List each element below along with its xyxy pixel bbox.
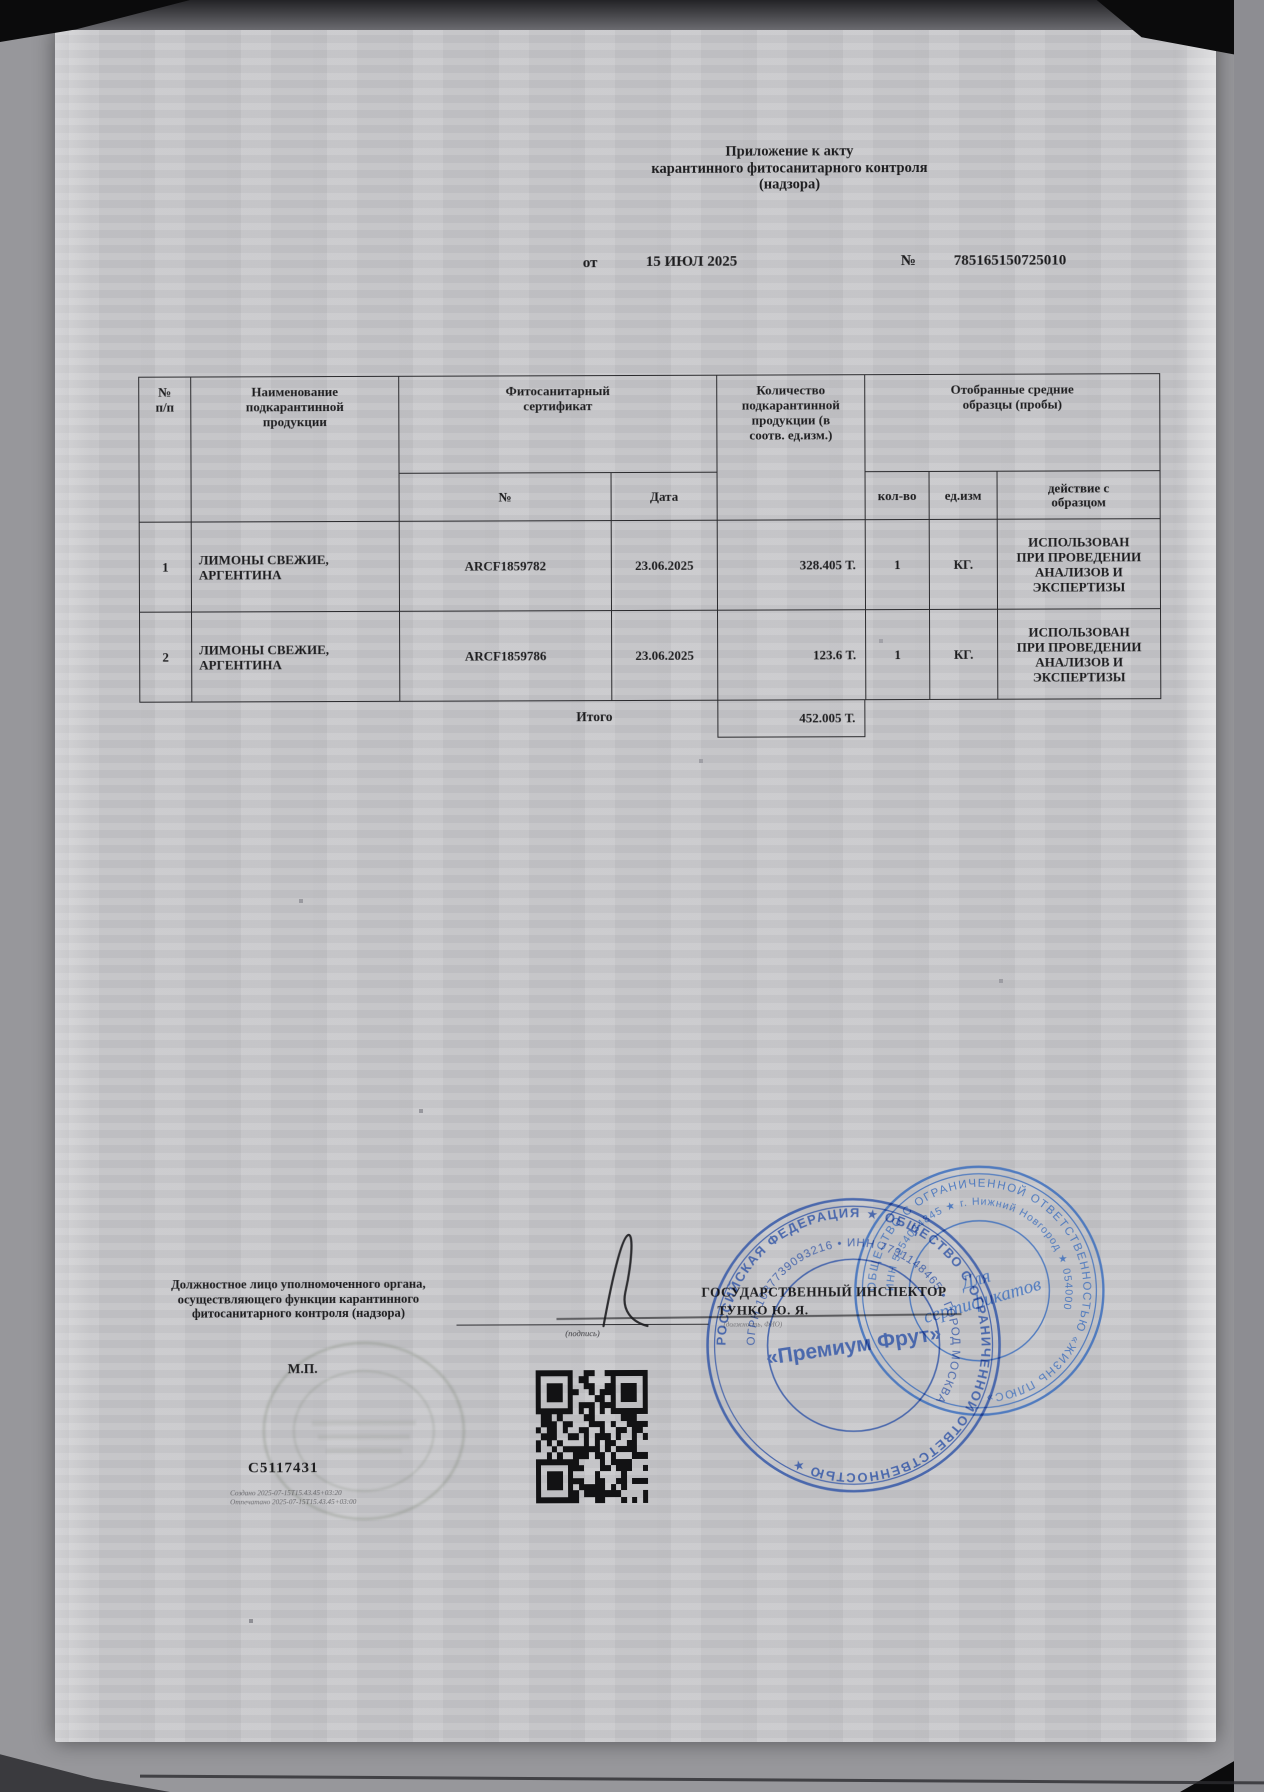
company-stamp-inner-text: ОГРН 1037739093216 • ИНН 7731148465 • ГО… [745, 1237, 962, 1407]
product-name: ЛИМОНЫ СВЕЖИЕ, АРГЕНТИНА [191, 521, 399, 612]
number-label: № [901, 253, 916, 270]
col-header-name: Наименование подкарантинной продукции [191, 376, 400, 522]
product-name: ЛИМОНЫ СВЕЖИЕ, АРГЕНТИНА [192, 611, 400, 702]
signature-line [456, 1300, 708, 1326]
round-stamp-faint [252, 1333, 477, 1530]
sample-qty: 1 [865, 519, 929, 609]
sample-unit: КГ. [930, 609, 998, 699]
qr-module [643, 1497, 648, 1503]
document-date: 15 ИЮЛ 2025 [646, 254, 738, 271]
cert-date: 23.06.2025 [612, 610, 718, 700]
signature-caption: (подпись) [457, 1328, 709, 1339]
sample-qty: 1 [866, 609, 930, 699]
col-header-num: № п/п [139, 377, 192, 522]
title-line-2: карантинного фитосанитарного контроля [597, 159, 981, 177]
total-label: Итого [539, 709, 649, 725]
cert-number: ARCF1859786 [400, 611, 612, 702]
svg-text:ОГРН 1037739093216 • ИНН 77311: ОГРН 1037739093216 • ИНН 7731148465 • ГО… [745, 1237, 962, 1407]
qr-code [536, 1370, 648, 1503]
cert-number: ARCF1859782 [399, 521, 611, 612]
document-content: Приложение к акту карантинного фитосанит… [0, 0, 1264, 1792]
sample-unit: КГ. [929, 519, 997, 609]
official-caption: Должностное лицо уполномоченного органа,… [139, 1277, 457, 1322]
product-qty: 328.405 Т. [717, 520, 865, 611]
date-from-label: от [583, 255, 598, 272]
col-header-cert-date: Дата [611, 472, 717, 520]
col-header-cert: Фитосанитарный сертификат [399, 375, 717, 473]
table-row: 2 ЛИМОНЫ СВЕЖИЕ, АРГЕНТИНА ARCF1859786 2… [140, 609, 1161, 703]
company-stamp: РОССИЙСКАЯ ФЕДЕРАЦИЯ ★ ОБЩЕСТВО С ОГРАНИ… [703, 1195, 1004, 1496]
title-line-1: Приложение к акту [597, 143, 981, 161]
title-line-3: (надзора) [597, 176, 981, 194]
col-header-sample-action: действие с образцом [997, 471, 1160, 520]
product-qty: 123.6 Т. [718, 610, 866, 701]
table-row: 1 ЛИМОНЫ СВЕЖИЕ, АРГЕНТИНА ARCF1859782 2… [139, 519, 1160, 613]
col-header-samples: Отобранные средние образцы (пробы) [865, 374, 1160, 472]
row-num: 1 [139, 522, 191, 612]
cert-date: 23.06.2025 [611, 520, 717, 610]
col-header-cert-no: № [399, 473, 611, 522]
col-header-sample-qty: кол-во [865, 471, 929, 519]
col-header-qty: Количество подкарантинной продукции (в с… [717, 375, 866, 521]
page-title: Приложение к акту карантинного фитосанит… [597, 143, 981, 194]
document-number: 785165150725010 [954, 252, 1067, 269]
company-stamp-center-text: «Премиум Фрут» [765, 1322, 943, 1370]
products-table: № п/п Наименование подкарантинной продук… [138, 373, 1161, 703]
sample-action: ИСПОЛЬЗОВАН ПРИ ПРОВЕДЕНИИ АНАЛИЗОВ И ЭК… [997, 519, 1160, 610]
pen-signature [591, 1228, 665, 1332]
row-num: 2 [140, 612, 192, 702]
col-header-sample-unit: ед.изм [929, 471, 997, 519]
sample-action: ИСПОЛЬЗОВАН ПРИ ПРОВЕДЕНИИ АНАЛИЗОВ И ЭК… [998, 609, 1161, 700]
total-value: 452.005 Т. [717, 699, 865, 738]
scanned-document: Приложение к акту карантинного фитосанит… [0, 0, 1264, 1792]
